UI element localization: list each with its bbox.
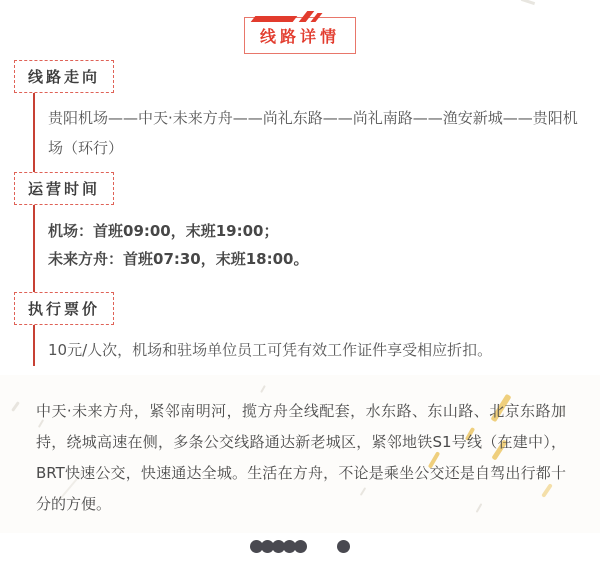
- page-title-badge: 线路详情: [244, 17, 356, 54]
- section-heading-hours: 运营时间: [14, 172, 114, 205]
- section-heading-label: 线路走向: [28, 68, 100, 86]
- footer-block: 中天·未来方舟，紧邻南明河，揽方舟全线配套，水东路、东山路、北京东路加持，绕城高…: [0, 375, 600, 533]
- route-text: 贵阳机场——中天·未来方舟——尚礼东路——尚礼南路——渔安新城——贵阳机场（环行…: [48, 103, 584, 163]
- dot-icon: [337, 540, 350, 553]
- section-heading-route: 线路走向: [14, 60, 114, 93]
- section-heading-fare: 执行票价: [14, 292, 114, 325]
- dots-divider: [0, 540, 600, 553]
- confetti-speck: [521, 0, 535, 5]
- page-title: 线路详情: [260, 27, 340, 46]
- footer-paragraph: 中天·未来方舟，紧邻南明河，揽方舟全线配套，水东路、东山路、北京东路加持，绕城高…: [0, 375, 600, 520]
- section-heading-label: 运营时间: [28, 180, 100, 198]
- fare-text: 10元/人次，机场和驻场单位员工可凭有效工作证件享受相应折扣。: [48, 335, 584, 365]
- section-route: 线路走向 贵阳机场——中天·未来方舟——尚礼东路——尚礼南路——渔安新城——贵阳…: [0, 60, 600, 163]
- header: 线路详情: [0, 17, 600, 54]
- dot-cluster: [250, 540, 307, 553]
- hours-line-airport: 机场：首班09:00，末班19:00；: [48, 217, 584, 245]
- section-heading-label: 执行票价: [28, 300, 100, 318]
- hours-line-ark: 未来方舟：首班07:30，末班18:00。: [48, 245, 584, 273]
- slash-decor-icon: [253, 11, 319, 22]
- hours-text: 机场：首班09:00，末班19:00； 未来方舟：首班07:30，末班18:00…: [48, 217, 584, 273]
- dot-icon: [294, 540, 307, 553]
- section-hours: 运营时间 机场：首班09:00，末班19:00； 未来方舟：首班07:30，末班…: [0, 172, 600, 273]
- section-fare: 执行票价 10元/人次，机场和驻场单位员工可凭有效工作证件享受相应折扣。: [0, 292, 600, 365]
